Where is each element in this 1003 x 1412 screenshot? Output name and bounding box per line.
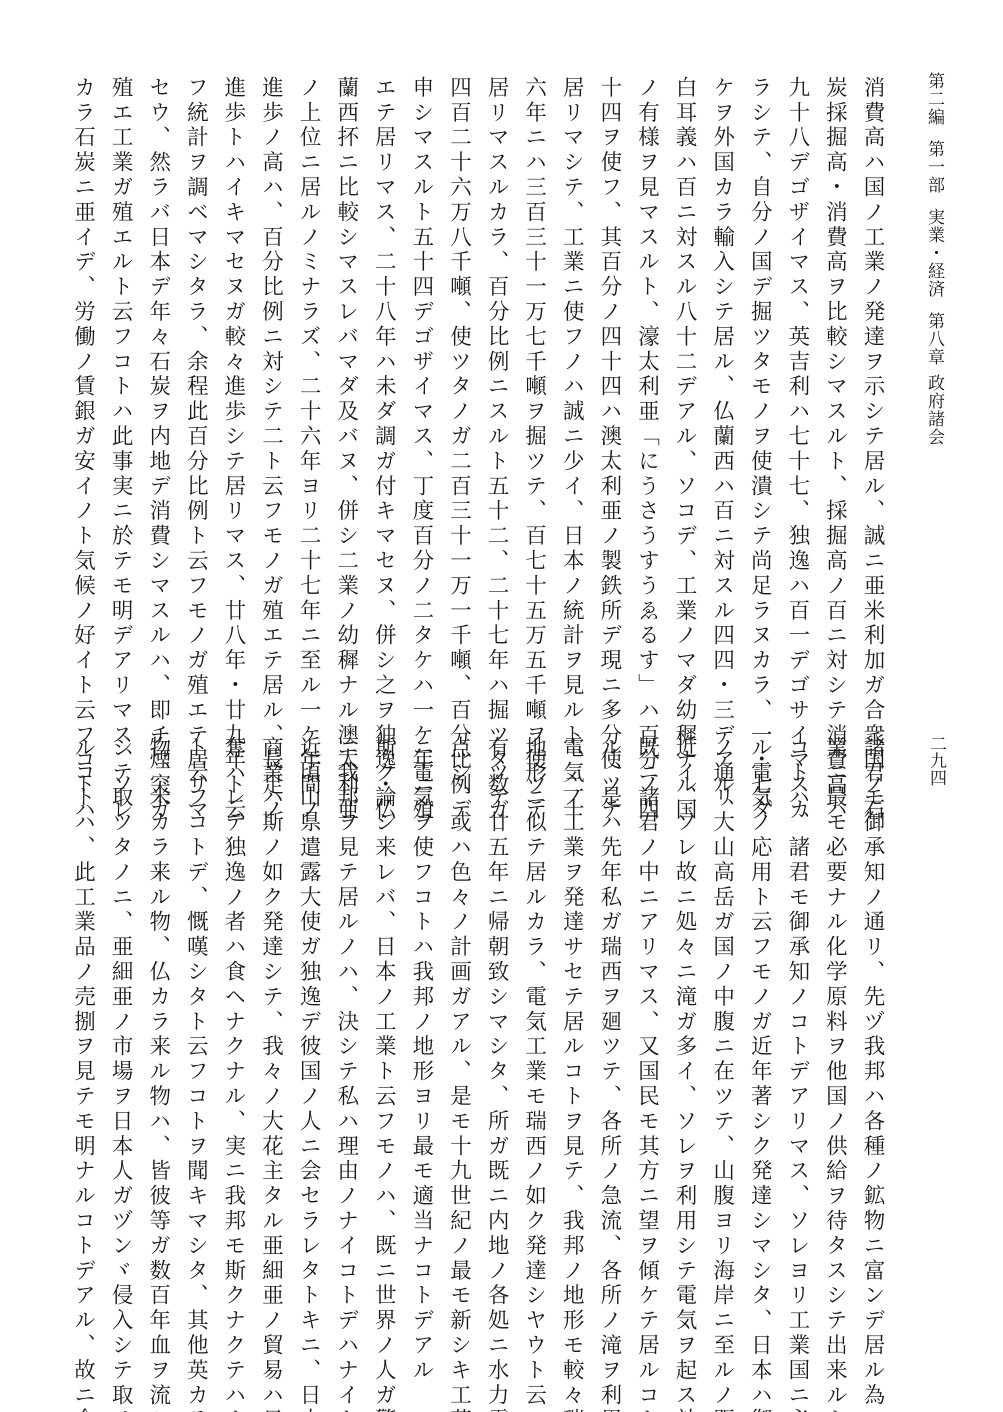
text-column: 四百二十六万八千噸、使ツタノガ二百三十一万一千噸、百分比例デ xyxy=(440,76,478,636)
text-column: 地形ニ似テ居ルカラ、電気工業モ瑞西ノ如ク発達シヤウト云フ考ヲ xyxy=(515,736,553,1311)
text-column: 居リマシテ、工業ニ使フノハ誠ニ少イ、日本ノ統計ヲ見ルト、二十 xyxy=(553,76,591,636)
text-column: 九十八デゴザイマス、英吉利ハ七十七、独逸ハ百一デゴサイマスカ xyxy=(778,76,816,636)
header-section: 第一部 xyxy=(924,140,944,194)
text-column: 居リマスルカラ、百分比例ニスルト五十二、二十七年ハ掘ツタ数ガ xyxy=(477,76,515,636)
text-column: 斯ク論シ来レバ、日本ノ工業ト云フモノハ、既ニ世界ノ人ガ驚ク位 xyxy=(365,736,403,1311)
text-column: 炭採掘高・消費高ヲ比較シマスルト、採掘高ノ百ニ対シテ消費高ハ xyxy=(816,76,854,636)
header-chapter-title: 政府諸会 xyxy=(924,374,944,446)
text-column: シテ取ツタノニ、亜細亜ノ市場ヲ日本人ガヅンヾ侵入シテ取リ居 xyxy=(102,736,140,1311)
text-column: ル、是ハ先年私ガ瑞西ヲ廻ツテ、各所ノ急流、各所ノ滝ヲ利用シテ xyxy=(590,736,628,1311)
document-page: 第二編第一部実業・経済第八章政府諸会 二九四 消費高ハ国ノ工業ノ発達ヲ示シテ居ル… xyxy=(0,0,1003,1412)
text-column: ルコトハ、此工業品ノ売捌ヲ見テモ明ナルコトデアル、故ニ今日我 xyxy=(64,736,102,1311)
text-column: 商業ハ斯ノ如ク発達シテ、我々ノ大花主タル亜細亜ノ貿易ハ日本ニ xyxy=(252,736,290,1311)
text-column: 諸君モ御承知ノ通リ、先ヅ我邦ハ各種ノ鉱物ニ富ンデ居ル為ニ、工 xyxy=(853,736,891,1311)
text-column: ニ電気ヲ使フコトハ我邦ノ地形ヨリ最モ適当ナコトデアル xyxy=(402,736,440,1311)
body-text-top: 消費高ハ国ノ工業ノ発達ヲ示シテ居ル、誠ニ亜米利加ガ合衆国ノ石 炭採掘高・消費高ヲ… xyxy=(61,76,891,636)
text-column: 申シマスルト五十四デゴザイマス、丁度百分ノ二タケハ一ケ年ニ殖 xyxy=(402,76,440,636)
body-text-bottom: 諸君モ御承知ノ通リ、先ヅ我邦ハ各種ノ鉱物ニ富ンデ居ル為ニ、工 業ニ最モ必要ナル化… xyxy=(61,736,891,1311)
running-header: 第二編第一部実業・経済第八章政府諸会 xyxy=(922,72,946,446)
text-column: 近イ、ソレ故ニ処々ニ滝ガ多イ、ソレヲ利用シテ電気ヲ起ス計画ガ xyxy=(665,736,703,1311)
text-column: フ統計ヲ調ベマシタラ、余程此百分比例ト云フモノガ殖エテ居リマ xyxy=(177,76,215,636)
text-column: 白耳義ハ百ニ対スル八十二デアル、ソコデ、工業ノマダ幼穉ナル国 xyxy=(665,76,703,636)
text-column: ル電気ノ応用ト云フモノガ近年著シク発達シマシタ、日本ハ御承知 xyxy=(741,736,779,1311)
text-column: ノ有様ヲ見マスルト、濠太利亜「にうさうすうゑるす」ハ百分ノ四 xyxy=(628,76,666,636)
text-column: コトハ、諸君モ御承知ノコトデアリマス、ソレヨリ工業国ニ必要ナ xyxy=(778,736,816,1311)
text-column: 既ニ諸君ノ中ニアリマス、又国民モ其方ニ望ヲ傾ケテ居ルコトデア xyxy=(628,736,666,1311)
text-column: 消費高ハ国ノ工業ノ発達ヲ示シテ居ル、誠ニ亜米利加ガ合衆国ノ石 xyxy=(853,76,891,636)
text-column: 有ツテ廿五年ニ帰朝致シマシタ、所ガ既ニ内地ノ各処ニ水力電気ヲ xyxy=(477,736,515,1311)
text-column: エテ居リマス、二十八年ハ未ダ調ガ付キマセヌ、併シ之ヲ独逸・仏 xyxy=(365,76,403,636)
text-column: 進歩ノ高ハ、百分比例ニ対シテ二ト云フモノガ殖エテ居ル、長足ノ xyxy=(252,76,290,636)
text-column: ケヲ外国カラ輸入シテ居ル、仏蘭西ハ百ニ対スル四四・三デアル、 xyxy=(703,76,741,636)
text-column: ノ上位ニ居ルノミナラズ、二十六年ヨリ二十七年ニ至ル一ケ年間ノ xyxy=(290,76,328,636)
text-column: 奪ハレテ独逸ノ者ハ食ヘナクナル、実ニ我邦モ斯クナクテハナラヌ xyxy=(214,736,252,1311)
text-column: 物、米カラ来ル物、仏カラ来ル物ハ、皆彼等ガ数百年血ヲ流シ戦ヲ xyxy=(139,736,177,1311)
header-topic: 実業・経済 xyxy=(924,208,944,298)
text-column: ノ通リ大山高岳ガ国ノ中腹ニ在ツテ、山腹ヨリ海岸ニ至ルノ距離ガ xyxy=(703,736,741,1311)
text-column: 殖エ工業ガ殖エルト云フコトハ此事実ニ於テモ明デアリマス、ソレ xyxy=(102,76,140,636)
header-chapter: 第八章 xyxy=(924,312,944,366)
text-column: ラシテ、自分ノ国デ掘ツタモノヲ使潰シテ尚足ラヌカラ、一・七ダ xyxy=(741,76,779,636)
text-column: 点シ、或ハ色々ノ計画ガアル、是モ十九世紀ノ最モ新シキ工芸原料 xyxy=(440,736,478,1311)
header-part: 第二編 xyxy=(924,72,944,126)
text-column: 蘭西抔ニ比較シマスレバマダ及バヌ、併シ二業ノ幼穉ナル澳太利亜 xyxy=(327,76,365,636)
text-column: ト云フコトデ、慨嘆シタト云フコトヲ聞キマシタ、其他英カラ来ル xyxy=(177,736,215,1311)
text-column: ニ我邦ヲ見テ居ルノハ、決シテ私ハ理由ノナイコトデハナイト思フ xyxy=(327,736,365,1311)
text-column: 近頃山県遣露大使ガ独逸デ彼国ノ人ニ会セラレタトキニ、日本ノ工 xyxy=(290,736,328,1311)
text-column: 六年ニハ三百三十一万七千噸ヲ掘ツテ、百七十五万五千噸ヲ使ツテ xyxy=(515,76,553,636)
page-number: 二九四 xyxy=(924,735,948,786)
text-column: 業ニ最モ必要ナル化学原料ヲ他国ノ供給ヲ待タスシテ出来ルト云フ xyxy=(816,736,854,1311)
text-column: カラ石炭ニ亜イデ、労働ノ賃銀ガ安イノト気候ノ好イト云フコトハ xyxy=(64,76,102,636)
text-column: セウ、然ラバ日本デ年々石炭ヲ内地デ消費シマスルハ、即チ煙突ガ xyxy=(139,76,177,636)
text-column: 電気ノ工業ヲ発達サセテ居ルコトヲ見テ、我邦ノ地形モ較々瑞西ノ xyxy=(553,736,591,1311)
text-column: 十四ヲ使フ、其百分ノ四十四ハ澳太利亜ノ製鉄所デ現ニ多分使ツテ xyxy=(590,76,628,636)
text-column: 進歩トハイキマセヌガ較々進歩シテ居リマス、廿八年・廿九年ト云 xyxy=(214,76,252,636)
